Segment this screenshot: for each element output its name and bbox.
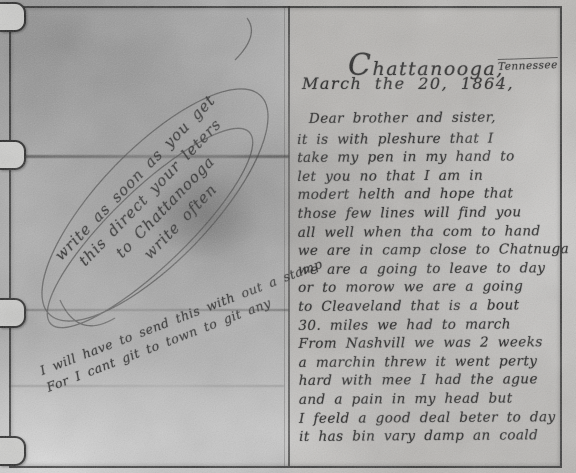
letter-line: or to morow we are a going: [298, 277, 566, 297]
letter-line: 30. miles we had to march: [298, 315, 566, 335]
letter-line: a marchin threw it went perty: [299, 352, 567, 372]
letter-line: let you no that I am in: [297, 166, 565, 186]
binder-tab: [0, 298, 26, 328]
letter-body: Dear brother and sister, it is with ples…: [297, 108, 567, 447]
letter-line: to Cleaveland that is a bout: [298, 296, 566, 316]
letter-line: I feeld a good deal beter to day: [299, 408, 567, 428]
binder-tab: [0, 140, 26, 170]
letter-line: modert helth and hope that: [297, 184, 565, 204]
letter-line: From Nashvill we was 2 weeks: [298, 333, 566, 353]
letter-line: we are a going to leave to day: [298, 259, 566, 279]
scanned-letter: write as soon as you get this direct you…: [0, 0, 576, 473]
letter-line: it is with pleshure that I: [297, 129, 565, 149]
letter-line: Dear brother and sister,: [297, 108, 565, 130]
letter-date: March the 20, 1864,: [302, 74, 514, 93]
letter-line: and a pain in my head but: [299, 389, 567, 409]
letter-line: take my pen in my hand to: [297, 147, 565, 167]
letter-line: we are in camp close to Chatnuga: [298, 240, 566, 260]
letter-line: it has bin vary damp an coald: [299, 426, 567, 446]
binder-tab: [0, 2, 26, 32]
letter-state: Tennessee: [498, 57, 558, 73]
letter-line: hard with mee I had the ague: [299, 370, 567, 390]
page-divider-shadow: [284, 6, 285, 466]
page-divider: [288, 6, 290, 466]
letter-line: those few lines will find you: [297, 203, 565, 223]
letter-line: all well when tha com to hand: [298, 222, 566, 242]
binder-tab: [0, 436, 26, 466]
